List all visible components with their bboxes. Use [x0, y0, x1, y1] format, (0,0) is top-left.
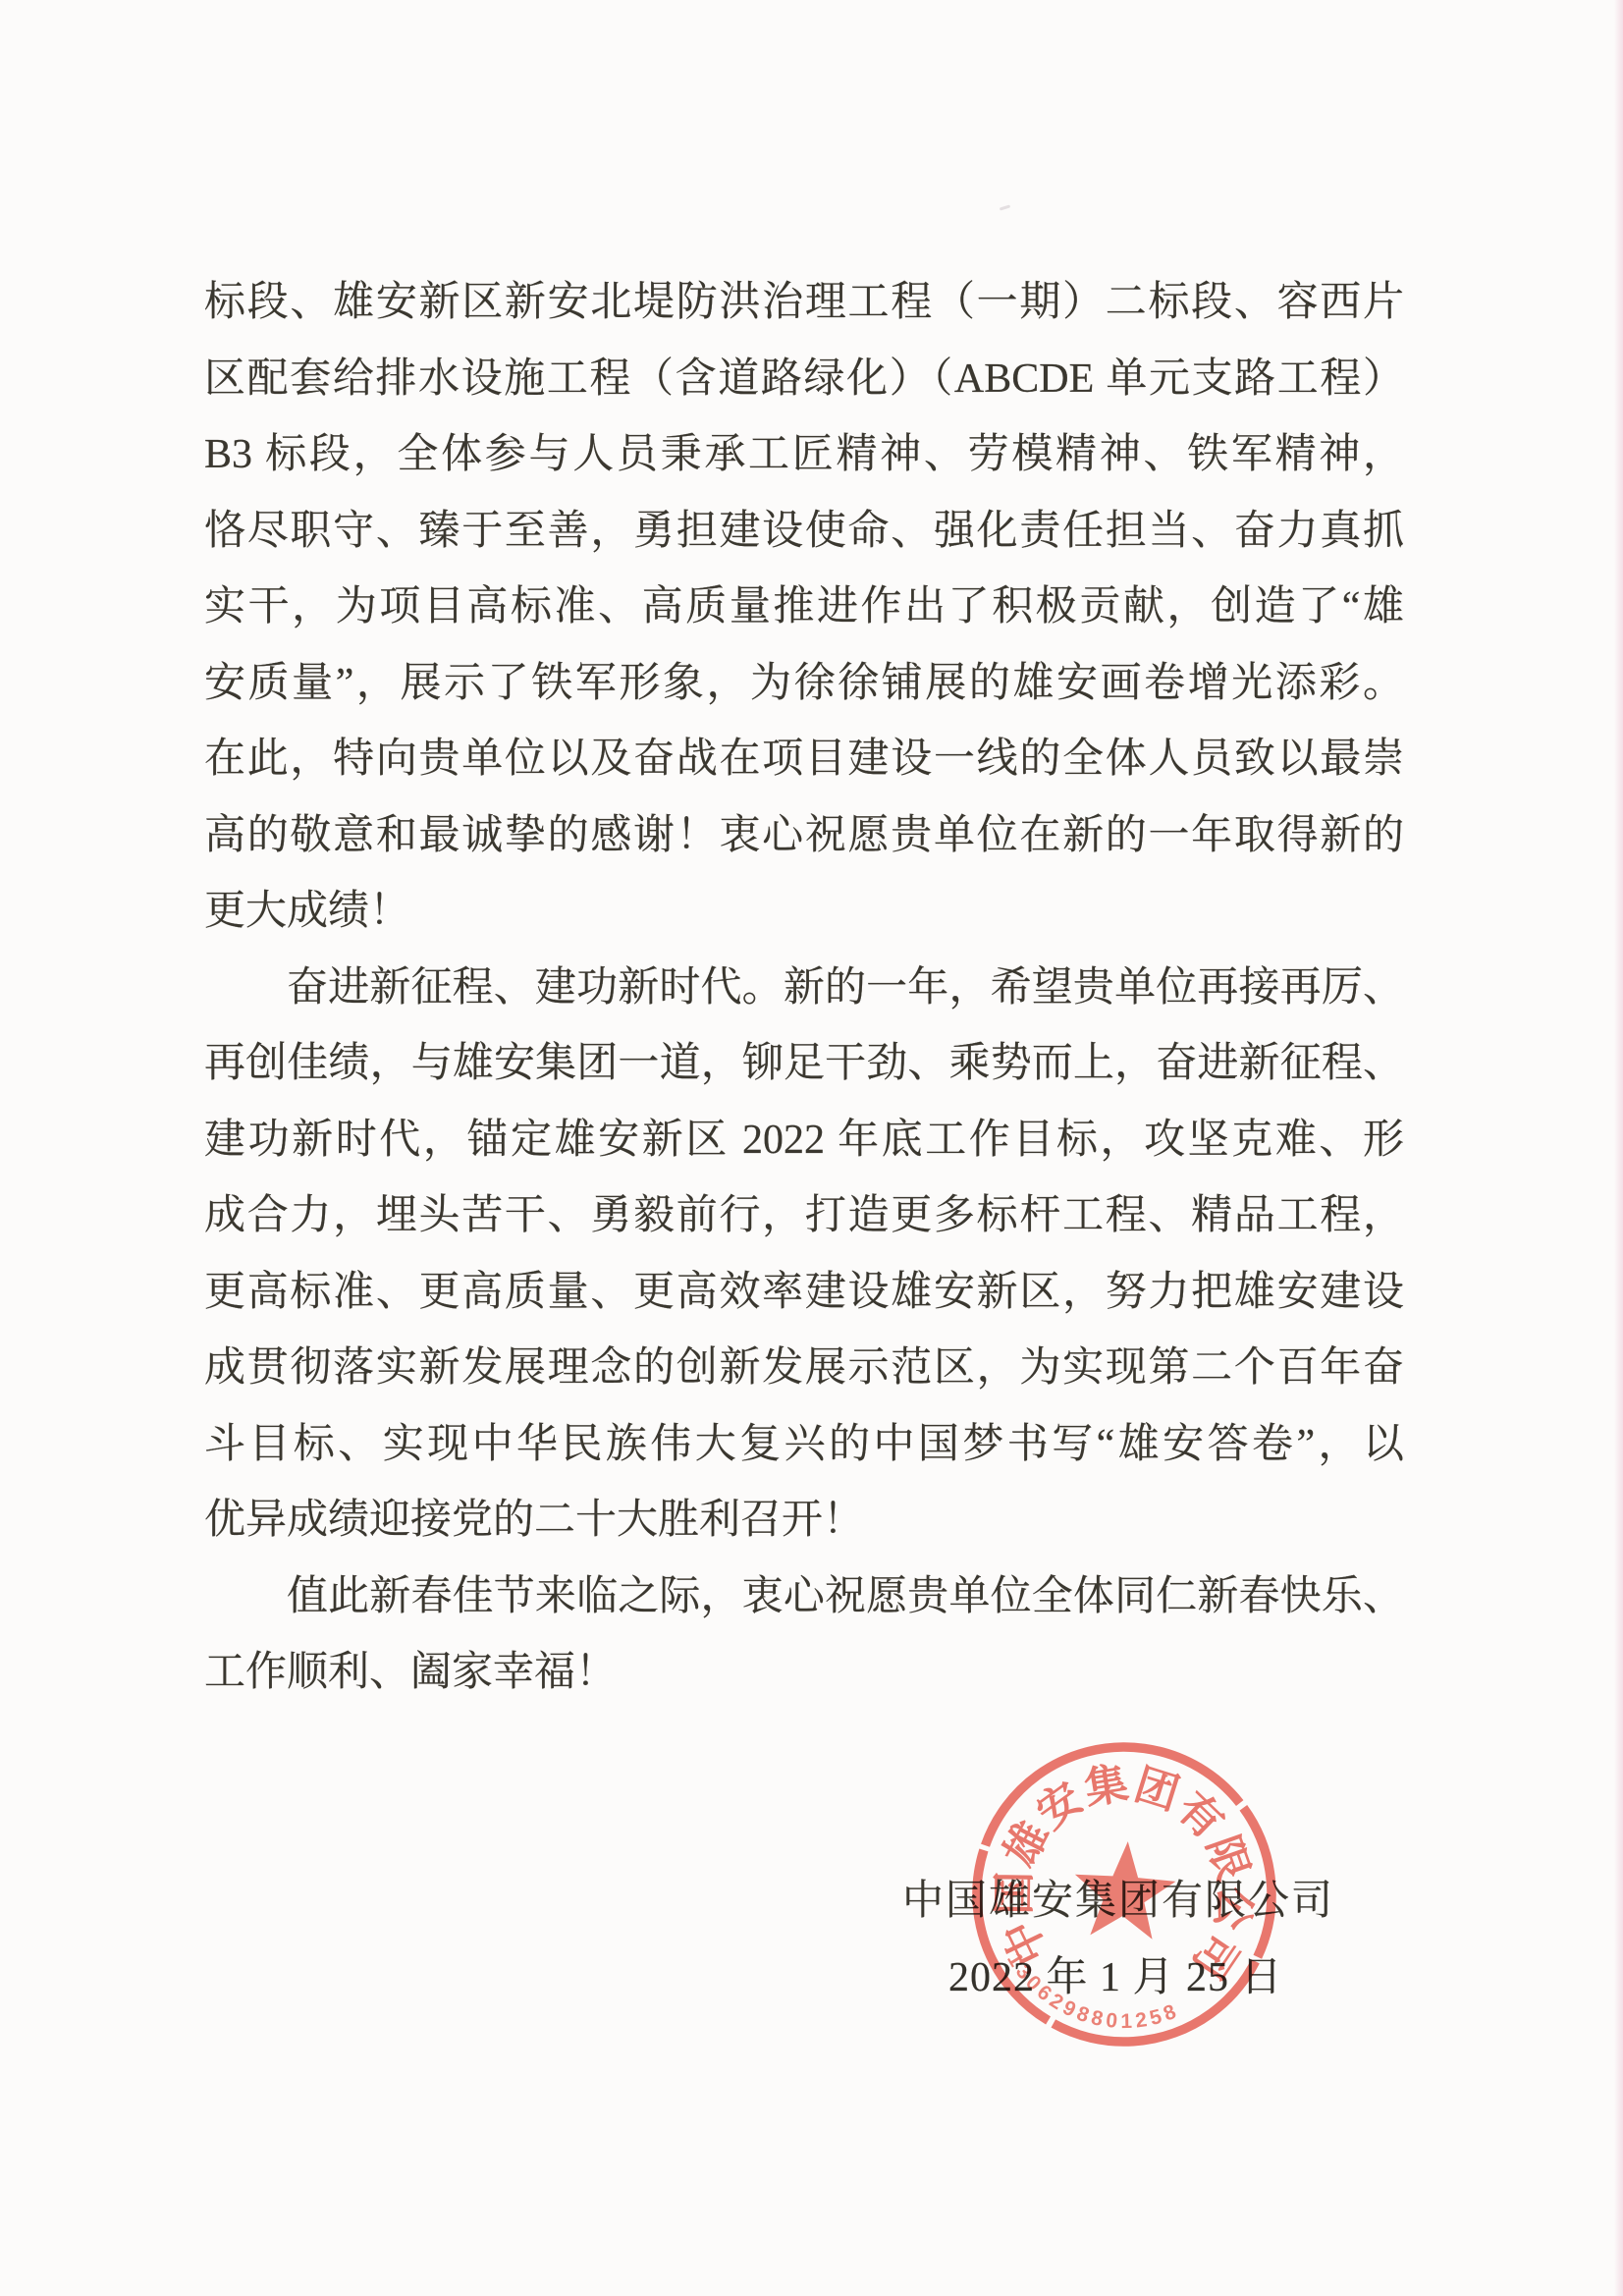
body-line: 值此新春佳节来临之际，衷心祝愿贵单位全体同仁新春快乐、 [204, 1559, 1404, 1636]
body-line: 恪尽职守、臻于至善，勇担建设使命、强化责任担当、奋力真抓 [204, 494, 1404, 571]
body-line: 奋进新征程、建功新时代。新的一年，希望贵单位再接再厉、 [204, 951, 1404, 1027]
body-line: 标段、雄安新区新安北堤防洪治理工程（一期）二标段、容西片 [204, 265, 1404, 342]
company-seal: 中国雄安集团有限公司 1306298801258 [956, 1726, 1292, 2062]
letter-page: 标段、雄安新区新安北堤防洪治理工程（一期）二标段、容西片 区配套给排水设施工程（… [0, 0, 1623, 2296]
body-line: 建功新时代，锚定雄安新区 2022 年底工作目标，攻坚克难、形 [204, 1103, 1404, 1179]
body-line: 斗目标、实现中华民族伟大复兴的中国梦书写“雄安答卷”，以 [204, 1407, 1404, 1484]
star-icon [1071, 1838, 1178, 1941]
body-line: 在此，特向贵单位以及奋战在项目建设一线的全体人员致以最崇 [204, 722, 1404, 798]
letter-body: 标段、雄安新区新安北堤防洪治理工程（一期）二标段、容西片 区配套给排水设施工程（… [204, 265, 1404, 1712]
body-line: 更大成绩！ [204, 874, 1404, 951]
body-line: 更高标准、更高质量、更高效率建设雄安新区，努力把雄安建设 [204, 1255, 1404, 1332]
body-line: 实干，为项目高标准、高质量推进作出了积极贡献，创造了“雄 [204, 570, 1404, 646]
body-line: 成贯彻落实新发展理念的创新发展示范区，为实现第二个百年奋 [204, 1331, 1404, 1407]
body-line: 区配套给排水设施工程（含道路绿化）（ABCDE 单元支路工程） [204, 342, 1404, 418]
body-line: 优异成绩迎接党的二十大胜利召开！ [204, 1483, 1404, 1559]
scan-edge [1614, 0, 1623, 2296]
body-line: B3 标段，全体参与人员秉承工匠精神、劳模精神、铁军精神， [204, 417, 1404, 494]
body-line: 安质量”，展示了铁军形象，为徐徐铺展的雄安画卷增光添彩。 [204, 646, 1404, 723]
body-line: 成合力，埋头苦干、勇毅前行，打造更多标杆工程、精品工程， [204, 1178, 1404, 1255]
scan-speck [1000, 204, 1010, 210]
body-line: 工作顺利、阖家幸福！ [204, 1635, 1404, 1712]
body-line: 再创佳绩，与雄安集团一道，铆足干劲、乘势而上，奋进新征程、 [204, 1026, 1404, 1103]
body-line: 高的敬意和最诚挚的感谢！衷心祝愿贵单位在新的一年取得新的 [204, 798, 1404, 875]
